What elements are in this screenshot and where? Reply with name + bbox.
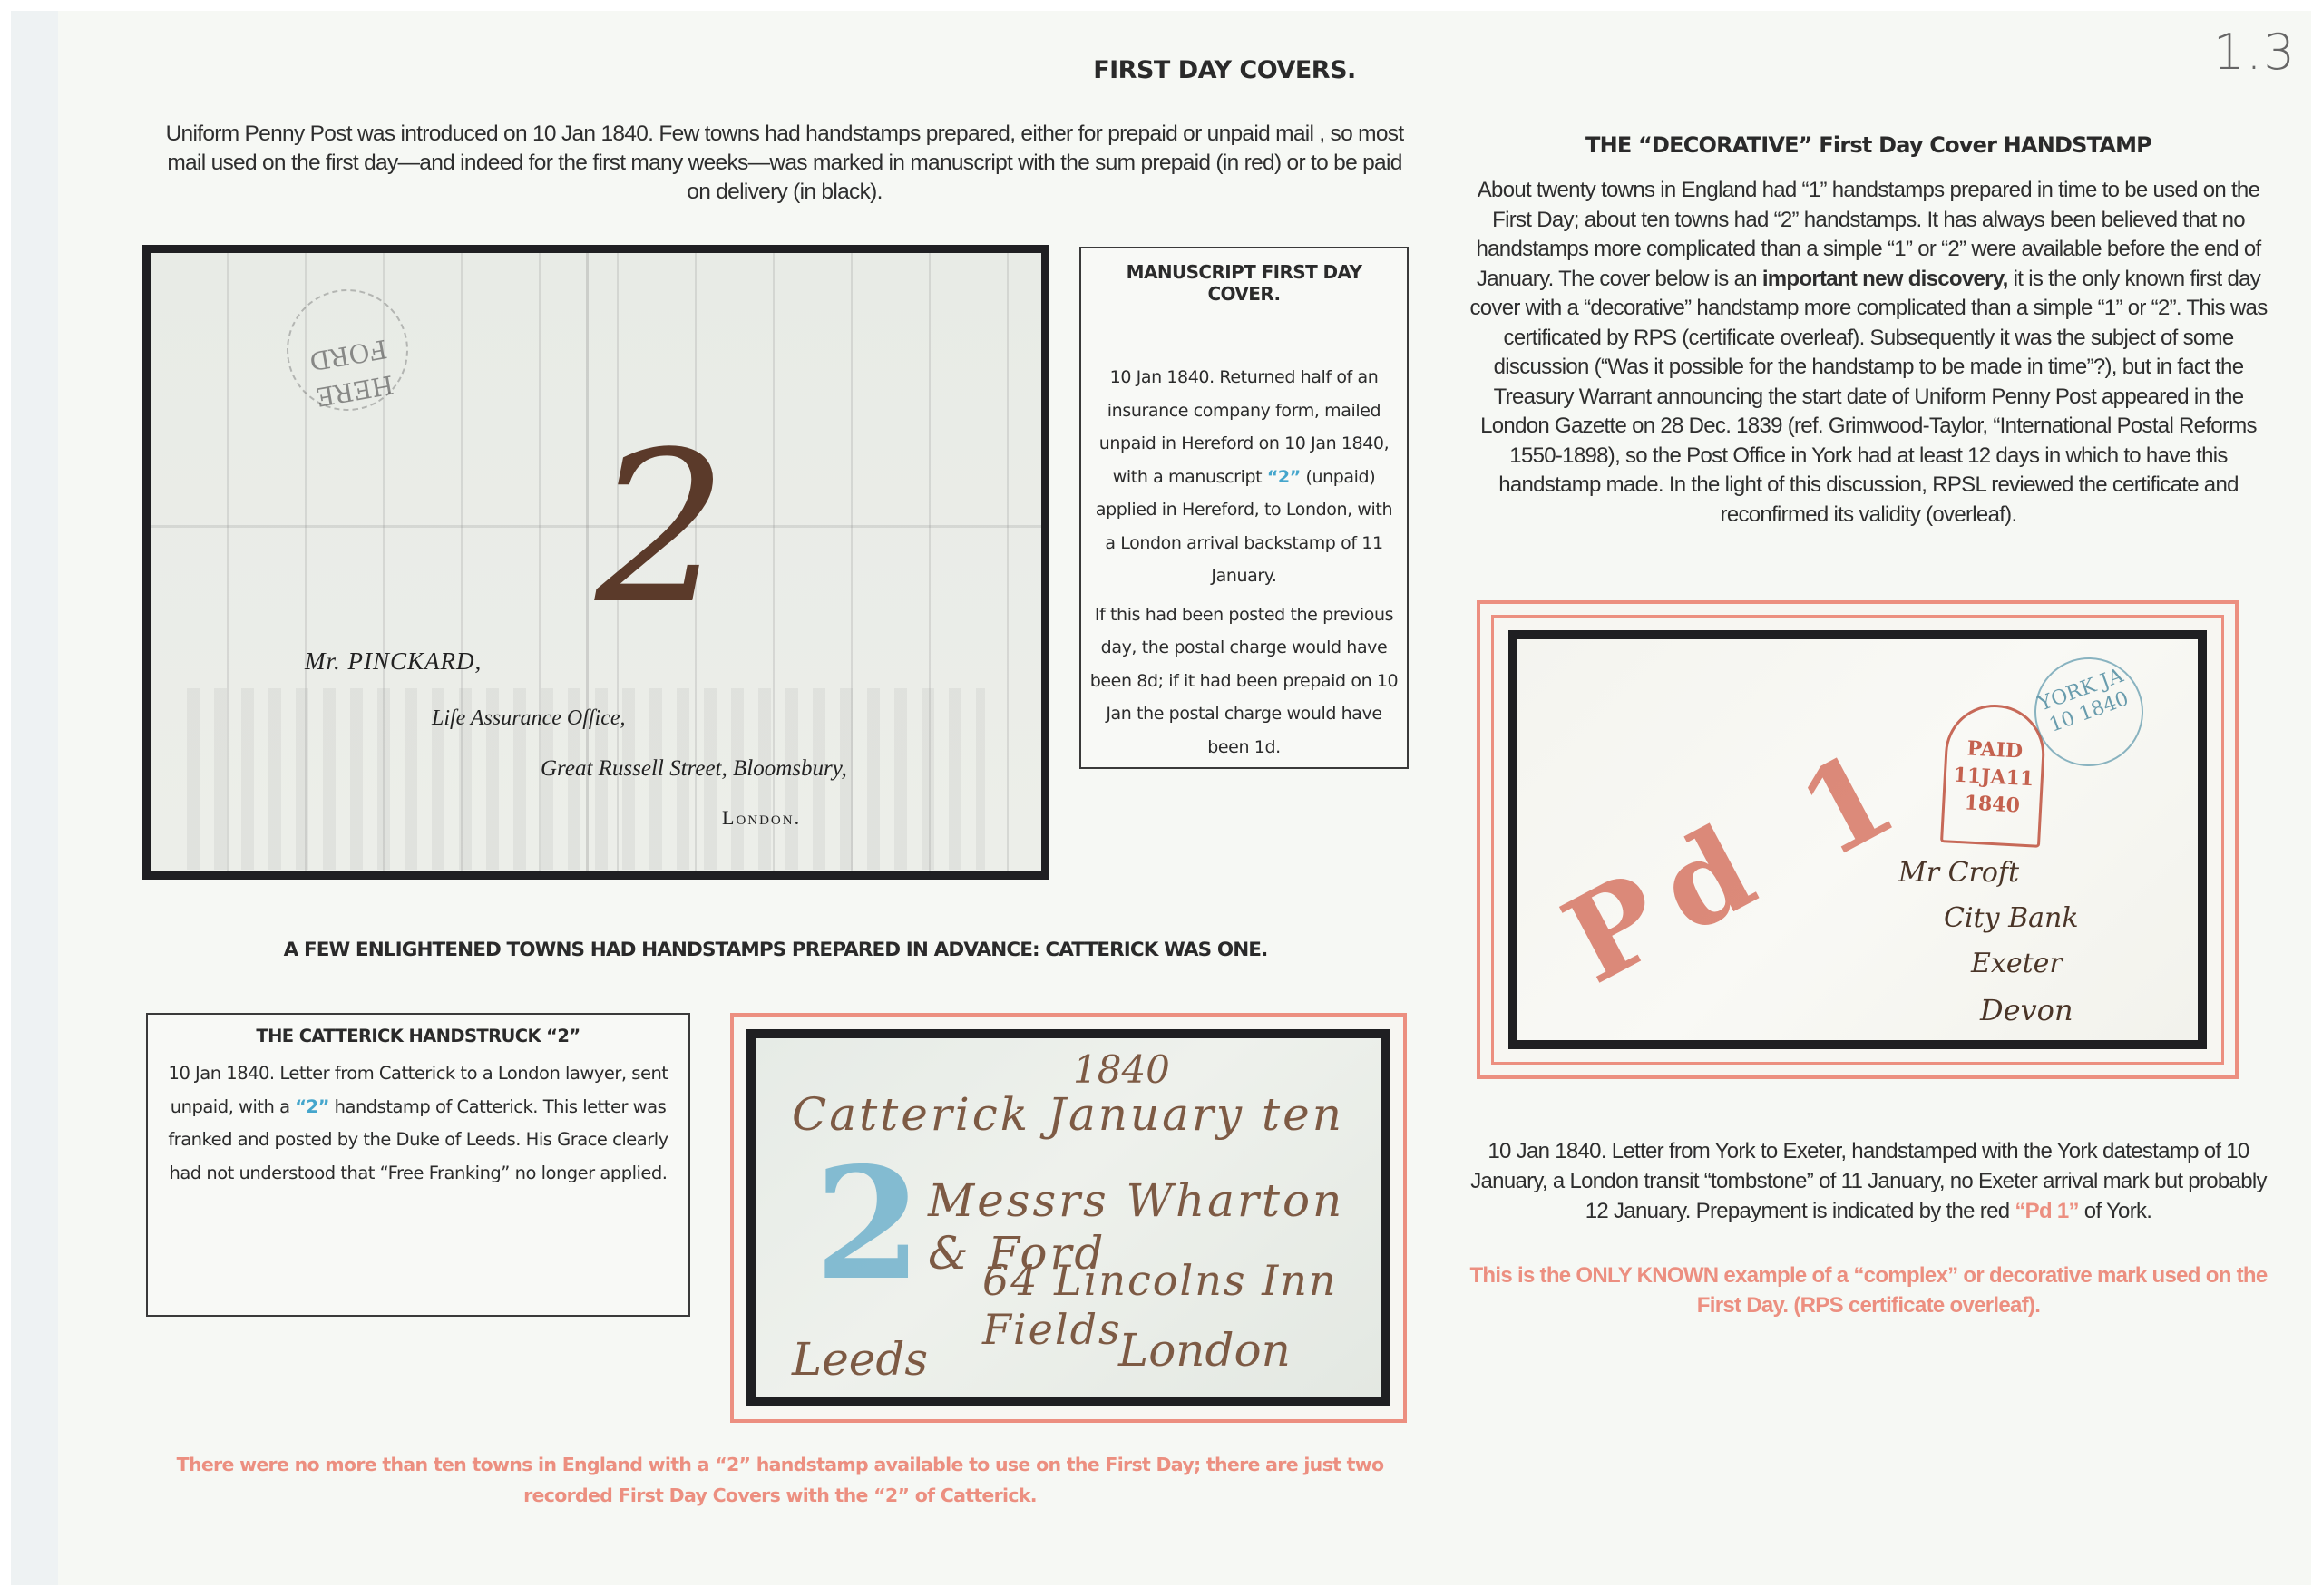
highlight-pd1: “Pd 1” xyxy=(2015,1199,2078,1223)
handwriting: Catterick January ten xyxy=(792,1088,1344,1141)
page-number: 1.3 xyxy=(2213,24,2297,81)
handwriting: London xyxy=(1118,1324,1291,1377)
cover-paper: 2 1840 Catterick January ten Messrs Whar… xyxy=(756,1038,1381,1397)
inner-frame: YORK JA 10 1840 PAID 11JA11 1840 Pd 1 Mr… xyxy=(1491,615,2224,1065)
highlight-two: “2” xyxy=(295,1096,329,1117)
address-line: Mr. PINCKARD, xyxy=(305,647,482,676)
handwriting: Leeds xyxy=(792,1333,928,1386)
york-cover-image: YORK JA 10 1840 PAID 11JA11 1840 Pd 1 Mr… xyxy=(1508,630,2207,1049)
handwriting: Mr Croft xyxy=(1898,857,2019,889)
box-paragraph: 10 Jan 1840. Returned half of an insuran… xyxy=(1088,361,1400,593)
handwriting: Exeter xyxy=(1971,948,2063,979)
manuscript-two-mark: 2 xyxy=(595,425,727,634)
decorative-heading: THE “DECORATIVE” First Day Cover HANDSTA… xyxy=(1469,132,2268,158)
box-title: THE CATTERICK HANDSTRUCK “2” xyxy=(153,1026,683,1046)
address-line: Life Assurance Office, xyxy=(432,706,626,731)
catterick-footnote: There were no more than ten towns in Eng… xyxy=(136,1449,1424,1511)
text-run: it is the only known first day cover wit… xyxy=(1469,267,2267,527)
pd1-mark: Pd 1 xyxy=(1543,715,1932,1010)
london-tombstone-mark: PAID 11JA11 1840 xyxy=(1940,702,2047,848)
highlight-two: “2” xyxy=(1267,467,1301,487)
decorative-intro: About twenty towns in England had “1” ha… xyxy=(1460,176,2277,530)
tombstone-text: 11JA11 xyxy=(1946,761,2041,793)
address-line: London. xyxy=(722,806,801,830)
box-title: MANUSCRIPT FIRST DAY COVER. xyxy=(1088,261,1400,305)
catterick-two-handstamp: 2 xyxy=(815,1147,922,1301)
catterick-cover-mount: 2 1840 Catterick January ten Messrs Whar… xyxy=(730,1013,1407,1423)
box-paragraph: 10 Jan 1840. Letter from Catterick to a … xyxy=(153,1057,683,1190)
hereford-postmark: HEREFORD xyxy=(277,279,417,420)
manuscript-description-box: MANUSCRIPT FIRST DAY COVER. 10 Jan 1840.… xyxy=(1079,247,1409,769)
york-caption: 10 Jan 1840. Letter from York to Exeter,… xyxy=(1460,1136,2277,1226)
handwriting: 1840 xyxy=(1073,1047,1170,1092)
section-heading: A FEW ENLIGHTENED TOWNS HAD HANDSTAMPS P… xyxy=(181,939,1370,961)
address-line: Great Russell Street, Bloomsbury, xyxy=(541,756,847,782)
page-edge-strip xyxy=(11,11,58,1585)
only-known-note: This is the ONLY KNOWN example of a “com… xyxy=(1460,1260,2277,1320)
york-cover-mount: YORK JA 10 1840 PAID 11JA11 1840 Pd 1 Mr… xyxy=(1477,600,2239,1079)
text-run: of York. xyxy=(2079,1199,2151,1223)
handwriting: Devon xyxy=(1980,993,2073,1027)
cover-paper: HEREFORD 2 Mr. PINCKARD, Life Assurance … xyxy=(151,253,1041,871)
page-title: FIRST DAY COVERS. xyxy=(998,56,1451,84)
hereford-cover-image: HEREFORD 2 Mr. PINCKARD, Life Assurance … xyxy=(142,245,1049,880)
bold-emphasis: important new discovery, xyxy=(1762,267,2008,291)
catterick-cover-image: 2 1840 Catterick January ten Messrs Whar… xyxy=(746,1029,1390,1406)
box-paragraph: If this had been posted the previous day… xyxy=(1088,598,1400,764)
tombstone-text: 1840 xyxy=(1945,788,2040,820)
cover-paper: YORK JA 10 1840 PAID 11JA11 1840 Pd 1 Mr… xyxy=(1517,639,2198,1040)
catterick-description-box: THE CATTERICK HANDSTRUCK “2” 10 Jan 1840… xyxy=(146,1013,690,1317)
intro-paragraph: Uniform Penny Post was introduced on 10 … xyxy=(154,120,1415,207)
handwriting: City Bank xyxy=(1944,902,2079,934)
